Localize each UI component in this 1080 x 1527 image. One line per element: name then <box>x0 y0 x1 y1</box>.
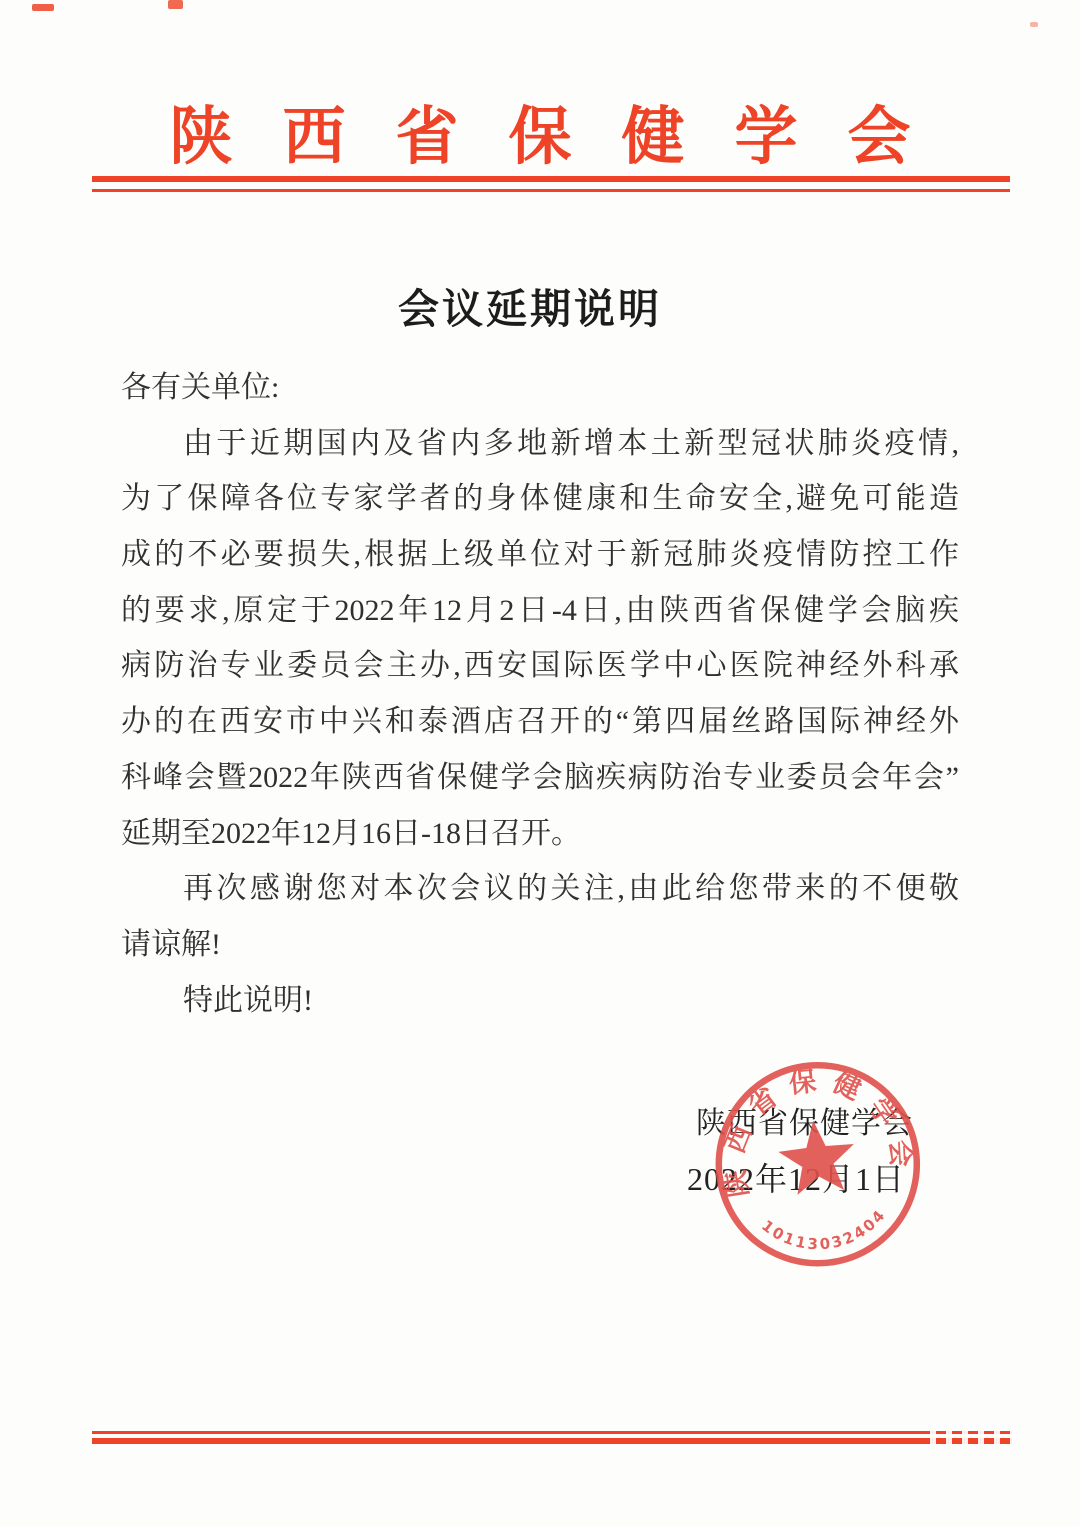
scan-speck <box>32 4 54 11</box>
body-line: 科峰会暨2022年陕西省保健学会脑疾病防治专业委员会年会” <box>121 750 959 806</box>
letter-page: 陕西省保健学会 会议延期说明 各有关单位: 由于近期国内及省内多地新增本土新型冠… <box>0 0 1080 1527</box>
official-seal-stamp: 陕西省保健学会 6101130324040 <box>688 1034 952 1298</box>
scan-speck <box>168 0 183 9</box>
star-icon <box>775 1116 858 1196</box>
document-title: 会议延期说明 <box>0 276 1060 335</box>
footer-rule-thin-dashed-end <box>920 1431 1012 1434</box>
body-line: 为了保障各位专家学者的身体健康和生命安全,避免可能造 <box>121 471 959 527</box>
body-line: 的要求,原定于2022年12月2日-4日,由陕西省保健学会脑疾 <box>121 583 959 639</box>
body-line: 延期至2022年12月16日-18日召开。 <box>121 806 959 862</box>
body-line: 病防治专业委员会主办,西安国际医学中心医院神经外科承 <box>121 638 959 694</box>
body-line: 由于近期国内及省内多地新增本土新型冠状肺炎疫情, <box>121 416 959 472</box>
header-rule-thin <box>92 189 1010 192</box>
document-body: 各有关单位: 由于近期国内及省内多地新增本土新型冠状肺炎疫情, 为了保障各位专家… <box>121 360 959 1028</box>
letterhead-org-name: 陕西省保健学会 <box>170 86 961 177</box>
header-rule-thick <box>92 176 1010 182</box>
scan-speck <box>1030 22 1038 27</box>
footer-rule-thick-dashed-end <box>920 1438 1012 1444</box>
letterhead: 陕西省保健学会 <box>0 86 1080 177</box>
footer-rule-thin <box>92 1431 920 1434</box>
body-line: 再次感谢您对本次会议的关注,由此给您带来的不便敬 <box>121 861 959 917</box>
body-line: 成的不必要损失,根据上级单位对于新冠肺炎疫情防控工作 <box>121 527 959 583</box>
body-line-salutation: 各有关单位: <box>121 360 959 416</box>
body-line-closing: 特此说明! <box>121 973 959 1029</box>
footer-rule-thick <box>92 1438 920 1444</box>
body-line: 请谅解! <box>121 917 959 973</box>
body-line: 办的在西安市中兴和泰酒店召开的“第四届丝路国际神经外 <box>121 694 959 750</box>
